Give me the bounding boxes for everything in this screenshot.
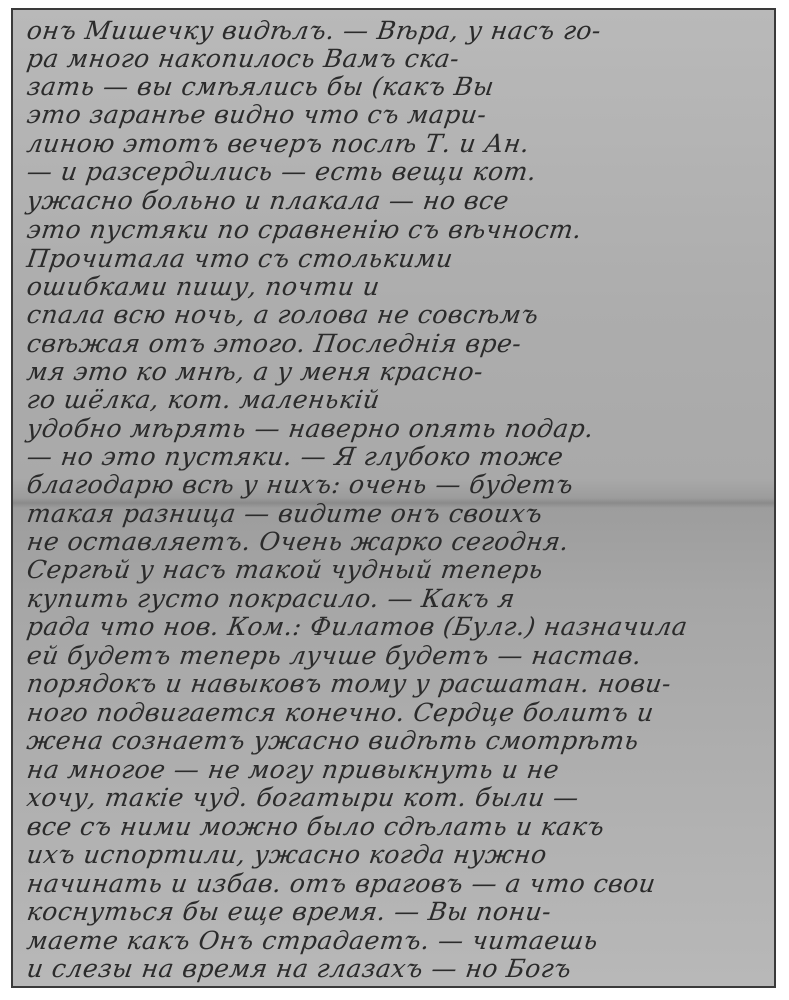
handwritten-line: благодарю всѣ у нихъ: очень — будетъ	[24, 466, 768, 504]
handwritten-line: и слезы на время на глазахъ — но Богъ	[24, 950, 768, 988]
letter-page: онъ Мишечку видѣлъ. — Вѣра, у насъ го- р…	[11, 8, 776, 988]
